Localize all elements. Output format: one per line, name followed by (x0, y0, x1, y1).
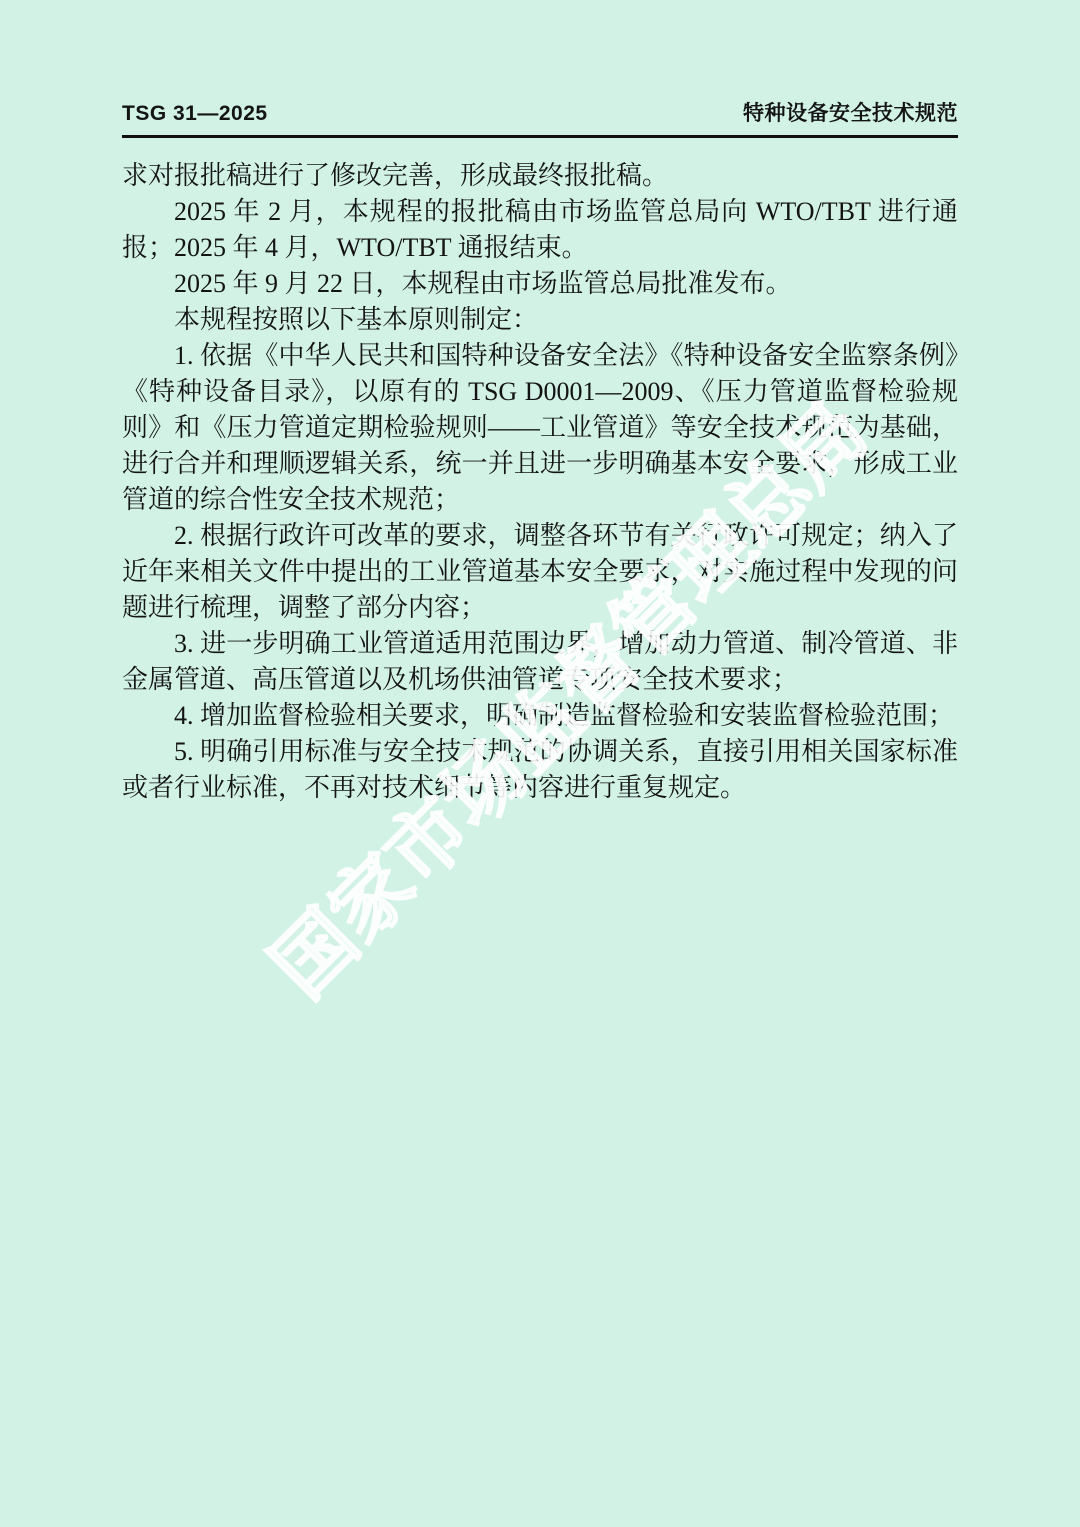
paragraph-principles-intro: 本规程按照以下基本原则制定： (122, 302, 958, 338)
paragraph-continuation: 求对报批稿进行了修改完善，形成最终报批稿。 (122, 158, 958, 194)
paragraph-principle-5: 5. 明确引用标准与安全技术规范的协调关系，直接引用相关国家标准或者行业标准，不… (122, 734, 958, 806)
paragraph-principle-1: 1. 依据《中华人民共和国特种设备安全法》《特种设备安全监察条例》《特种设备目录… (122, 338, 958, 518)
header-document-title: 特种设备安全技术规范 (743, 102, 958, 126)
paragraph-principle-4: 4. 增加监督检验相关要求，明确制造监督检验和安装监督检验范围； (122, 698, 958, 734)
header-document-code: TSG 31—2025 (122, 102, 268, 126)
page-header: TSG 31—2025 特种设备安全技术规范 (122, 102, 958, 126)
paragraph-approval-date: 2025 年 9 月 22 日，本规程由市场监管总局批准发布。 (122, 266, 958, 302)
paragraph-principle-3: 3. 进一步明确工业管道适用范围边界，增加动力管道、制冷管道、非金属管道、高压管… (122, 626, 958, 698)
header-rule (122, 135, 958, 138)
body-text: 求对报批稿进行了修改完善，形成最终报批稿。 2025 年 2 月，本规程的报批稿… (122, 158, 958, 806)
paragraph-principle-2: 2. 根据行政许可改革的要求，调整各环节有关行政许可规定；纳入了近年来相关文件中… (122, 518, 958, 626)
paragraph-wto-notification: 2025 年 2 月，本规程的报批稿由市场监管总局向 WTO/TBT 进行通报；… (122, 194, 958, 266)
document-page: TSG 31—2025 特种设备安全技术规范 求对报批稿进行了修改完善，形成最终… (0, 0, 1080, 1527)
